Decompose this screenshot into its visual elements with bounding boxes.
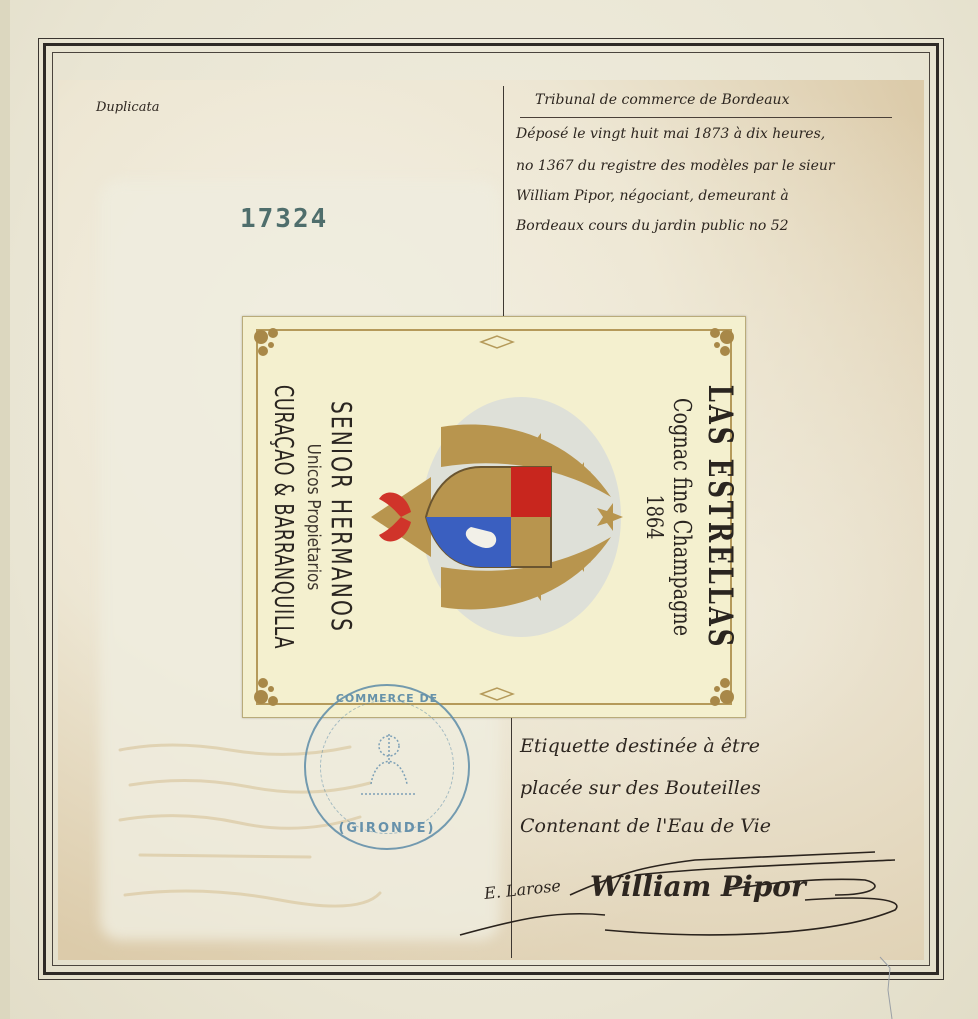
seal-bottom-text: (GIRONDE) — [306, 821, 468, 836]
duplicata-annotation: Duplicata — [96, 100, 159, 115]
label-rotated-content: LAS ESTRELLAS Cognac fine Champagne 1864 — [242, 316, 746, 718]
document-sheet: Duplicata 17324 Tribunal de commerce de … — [0, 0, 978, 1019]
note-line: placée sur des Bouteilles — [520, 777, 761, 799]
label-company: SENIOR HERMANOS — [325, 372, 358, 661]
registration-number-stamp: 17324 — [240, 204, 328, 234]
cognac-label: LAS ESTRELLAS Cognac fine Champagne 1864 — [242, 316, 746, 718]
sheet-edge — [0, 0, 10, 1019]
deposit-line: Déposé le vingt huit mai 1873 à dix heur… — [516, 126, 825, 142]
divider-top — [503, 86, 504, 316]
label-cities: CURAÇAO & BARRANQUILLA — [268, 380, 298, 653]
deposit-line: William Pipor, négociant, demeurant à — [516, 188, 789, 204]
coat-of-arms-icon — [361, 387, 641, 647]
note-line: Etiquette destinée à être — [520, 735, 760, 757]
tribunal-seal-stamp: COMMERCE DE (GIRONDE) — [304, 684, 470, 850]
deposit-line: no 1367 du registre des modèles par le s… — [516, 158, 835, 174]
seal-top-text: COMMERCE DE — [306, 692, 468, 705]
seal-emblem-icon — [351, 724, 427, 804]
label-year: 1864 — [641, 356, 666, 678]
court-header: Tribunal de commerce de Bordeaux — [535, 92, 789, 108]
label-product: Cognac fine Champagne — [668, 356, 696, 678]
depositor-signature: William Pipor — [590, 870, 806, 903]
label-owners: Unicos Propietarios — [303, 346, 324, 688]
court-header-underline — [520, 117, 892, 118]
label-brand: LAS ESTRELLAS — [700, 372, 740, 661]
note-line: Contenant de l'Eau de Vie — [520, 815, 771, 837]
deposit-line: Bordeaux cours du jardin public no 52 — [516, 218, 789, 234]
